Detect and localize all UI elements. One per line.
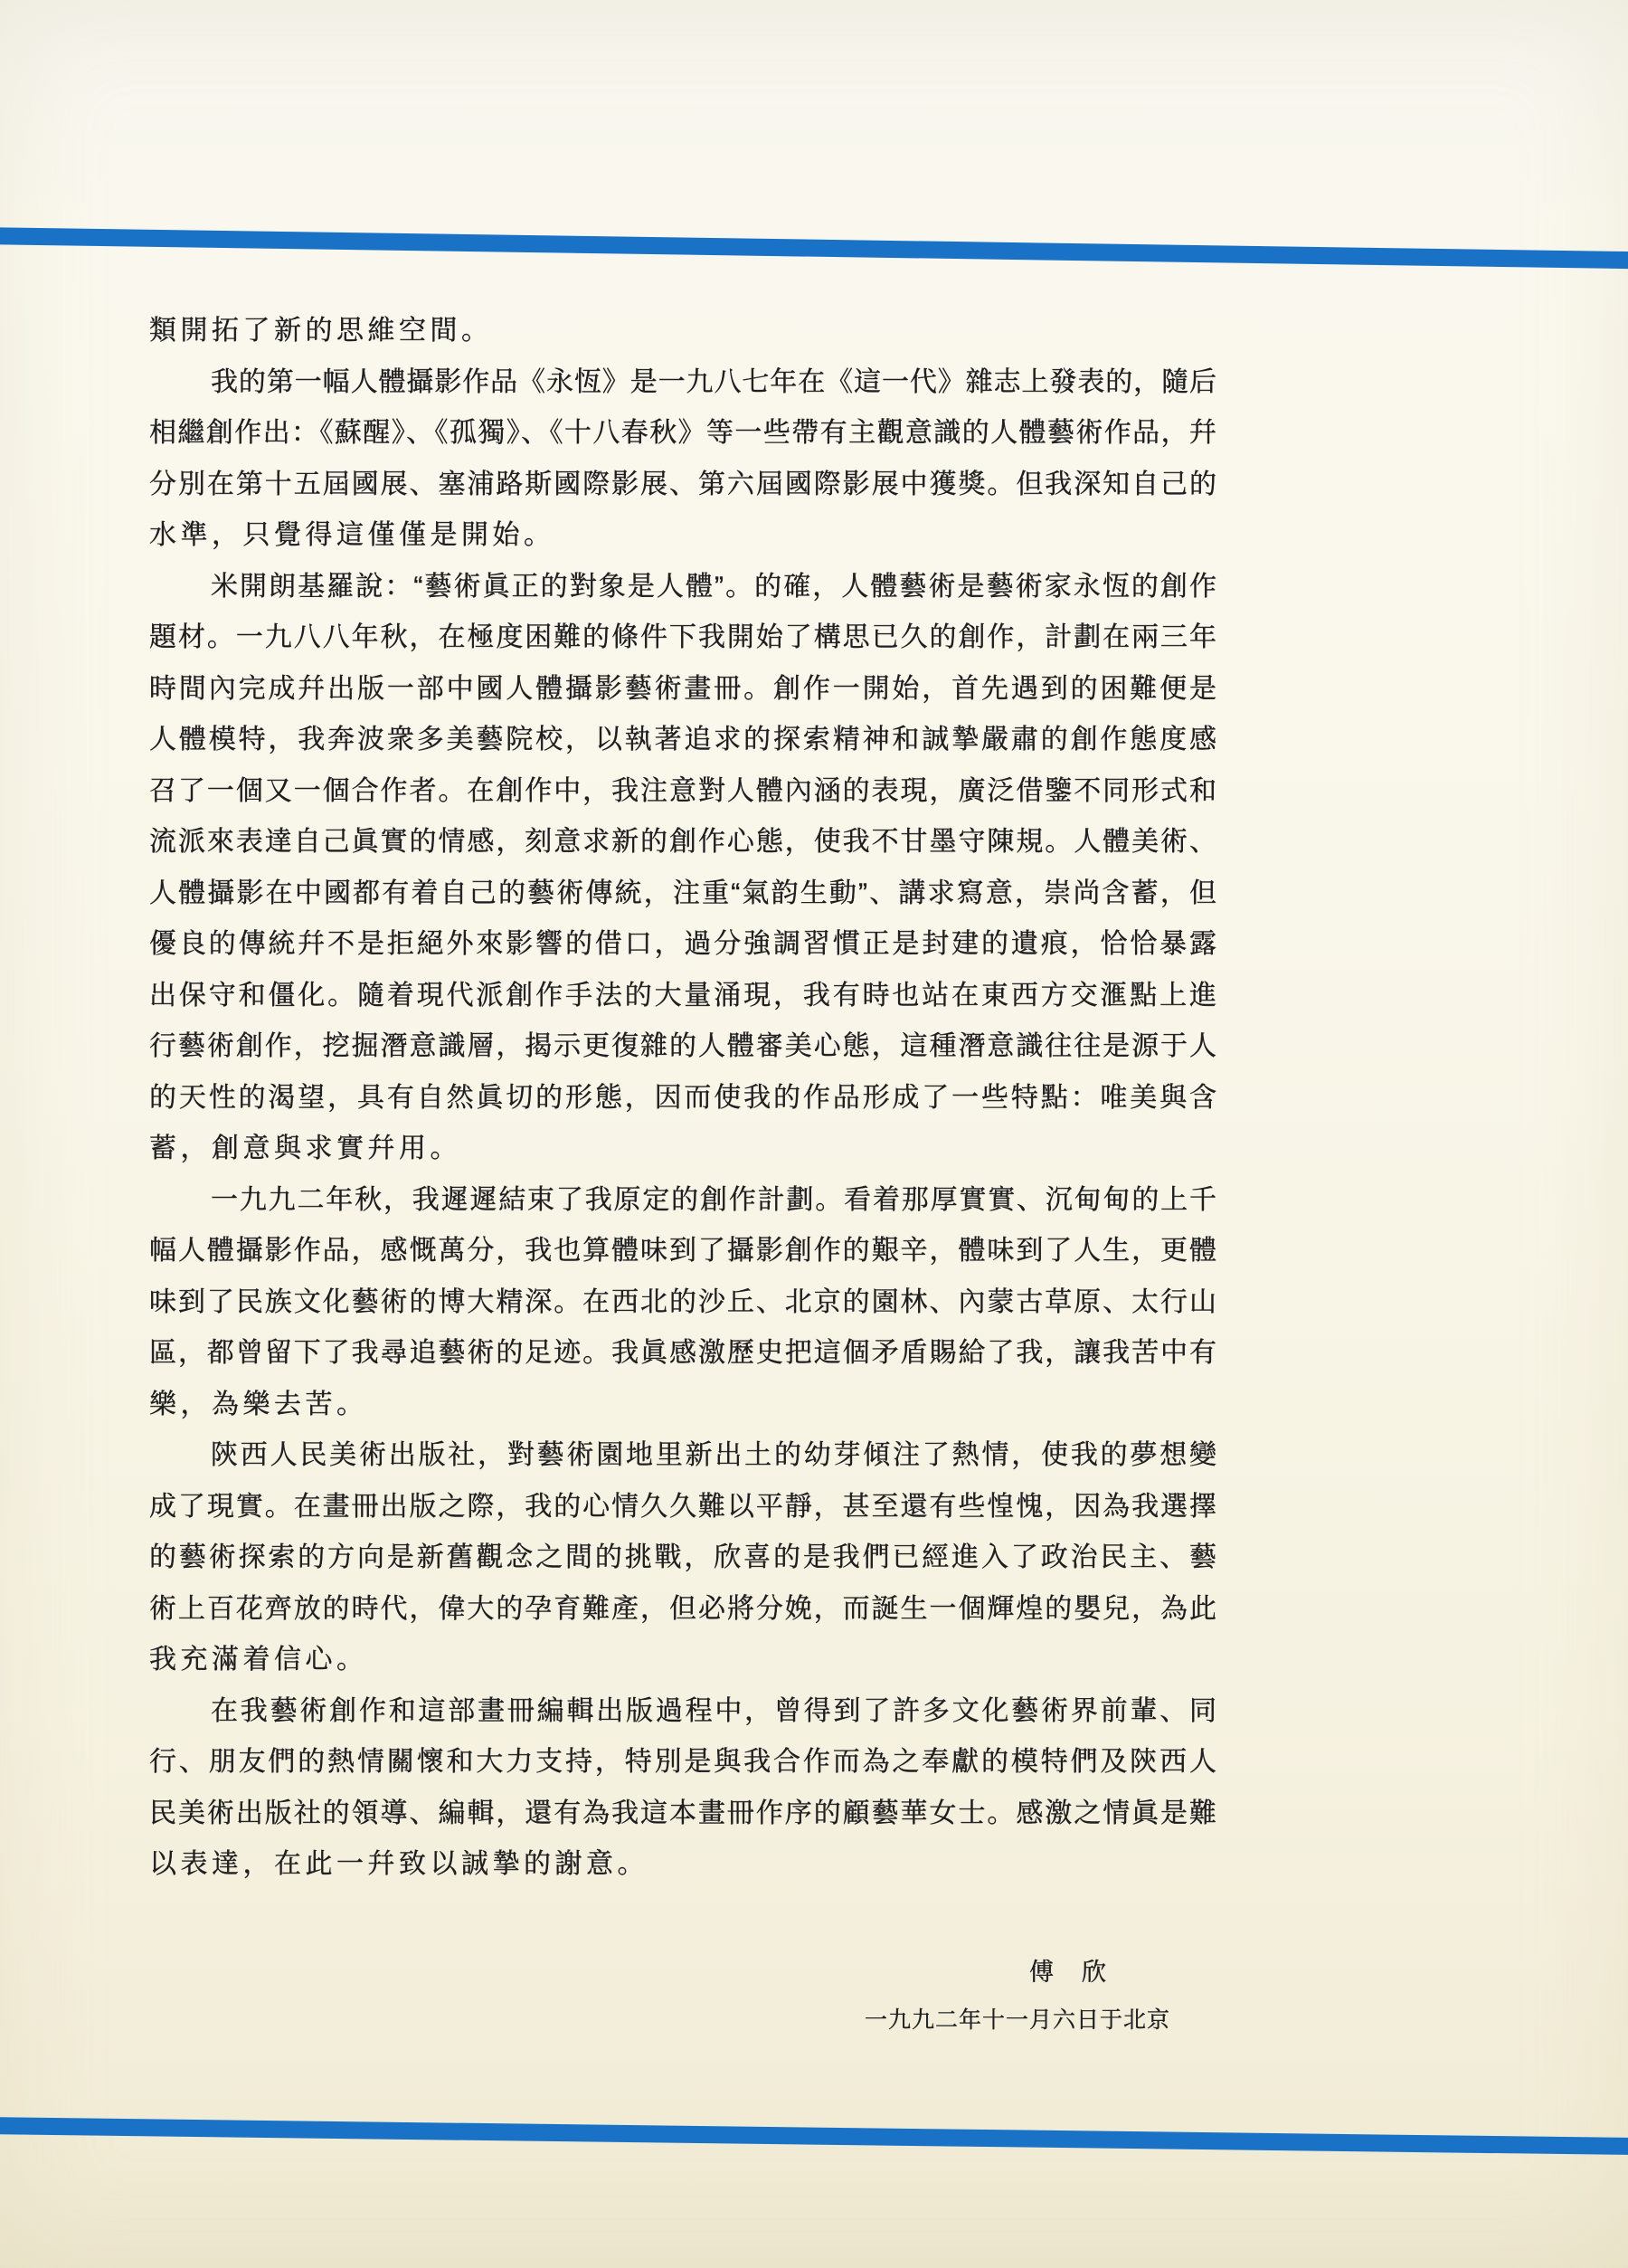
paragraph-line: 人體模特，我奔波衆多美藝院校，以執著追求的探索精神和誠摯嚴肅的創作態度感 xyxy=(149,715,1216,766)
paragraph-line: 召了一個又一個合作者。在創作中，我注意對人體內涵的表現，廣泛借鑒不同形式和 xyxy=(149,766,1216,818)
paragraph-line: 在我藝術創作和這部畫冊編輯出版過程中，曾得到了許多文化藝術界前輩、同 xyxy=(149,1686,1216,1738)
paragraph-line: 流派來表達自己眞實的情感，刻意求新的創作心態，使我不甘墨守陳規。人體美術、 xyxy=(149,817,1216,868)
signature-name: 傅 欣 xyxy=(1029,1954,1108,1990)
bottom-accent-bar xyxy=(0,2117,1628,2155)
paragraph-line: 行、朋友們的熱情關懷和大力支持，特別是與我合作而為之奉獻的模特們及陝西人 xyxy=(149,1737,1216,1789)
paragraph-line: 相繼創作出：《蘇醒》、《孤獨》、《十八春秋》等一些帶有主觀意識的人體藝術作品，幷 xyxy=(149,408,1216,460)
paragraph-line: 人體攝影在中國都有着自己的藝術傳統，注重“氣韵生動”、講求寫意，崇尚含蓄，但 xyxy=(149,868,1216,920)
paragraph-line: 優良的傳統幷不是拒絕外來影響的借口，過分強調習慣正是封建的遺痕，恰恰暴露 xyxy=(149,919,1216,971)
paragraph-line: 術上百花齊放的時代，偉大的孕育難產，但必將分娩，而誕生一個輝煌的嬰兒，為此 xyxy=(149,1584,1216,1636)
paragraph-line: 蓄，創意與求實幷用。 xyxy=(149,1124,1216,1175)
paragraph-line: 的天性的渴望，具有自然眞切的形態，因而使我的作品形成了一些特點：唯美與含 xyxy=(149,1073,1216,1125)
paragraph-line: 成了現實。在畫冊出版之際，我的心情久久難以平靜，甚至還有些惶愧，因為我選擇 xyxy=(149,1482,1216,1533)
signature-date: 一九九二年十一月六日于北京 xyxy=(865,2003,1170,2037)
afterword-text-block: 類開拓了新的思維空間。 我的第一幅人體攝影作品《永恆》是一九八七年在《這一代》雜… xyxy=(149,306,1216,1891)
top-accent-bar xyxy=(0,227,1628,270)
paragraph-line: 味到了民族文化藝術的博大精深。在西北的沙丘、北京的園林、內蒙古草原、太行山 xyxy=(149,1277,1216,1329)
paragraph-line: 一九九二年秋，我遲遲結束了我原定的創作計劃。看着那厚實實、沉甸甸的上千 xyxy=(149,1175,1216,1227)
paragraph-line: 行藝術創作，挖掘潛意識層，揭示更復雜的人體審美心態，這種潛意識往往是源于人 xyxy=(149,1021,1216,1073)
paragraph-line: 以表達，在此一幷致以誠摯的謝意。 xyxy=(149,1839,1216,1891)
paragraph-line: 時間內完成幷出版一部中國人體攝影藝術畫冊。創作一開始，首先遇到的困難便是 xyxy=(149,664,1216,716)
paragraph-line: 民美術出版社的領導、編輯，還有為我這本畫冊作序的顧藝華女士。感激之情眞是難 xyxy=(149,1789,1216,1840)
paragraph-line: 我的第一幅人體攝影作品《永恆》是一九八七年在《這一代》雜志上發表的，隨后 xyxy=(149,357,1216,409)
paragraph-line: 水準，只覺得這僅僅是開始。 xyxy=(149,510,1216,562)
paragraph-line: 分別在第十五屆國展、塞浦路斯國際影展、第六屆國際影展中獲獎。但我深知自己的 xyxy=(149,460,1216,511)
paragraph-line: 類開拓了新的思維空間。 xyxy=(149,306,1216,357)
paragraph-line: 樂，為樂去苦。 xyxy=(149,1380,1216,1431)
paragraph-line: 題材。一九八八年秋，在極度困難的條件下我開始了構思已久的創作，計劃在兩三年 xyxy=(149,612,1216,664)
scanned-book-page: 類開拓了新的思維空間。 我的第一幅人體攝影作品《永恆》是一九八七年在《這一代》雜… xyxy=(0,0,1628,2268)
paragraph-line: 米開朗基羅說：“藝術眞正的對象是人體”。的確，人體藝術是藝術家永恆的創作 xyxy=(149,562,1216,613)
paragraph-line: 陝西人民美術出版社，對藝術園地里新出土的幼芽傾注了熱情，使我的夢想變 xyxy=(149,1430,1216,1482)
paragraph-line: 區，都曾留下了我尋追藝術的足迹。我眞感激歷史把這個矛盾賜給了我，讓我苦中有 xyxy=(149,1328,1216,1380)
paragraph-line: 幅人體攝影作品，感慨萬分，我也算體味到了攝影創作的艱辛，體味到了人生，更體 xyxy=(149,1226,1216,1277)
paragraph-line: 出保守和僵化。隨着現代派創作手法的大量涌現，我有時也站在東西方交滙點上進 xyxy=(149,971,1216,1022)
paragraph-line: 我充滿着信心。 xyxy=(149,1635,1216,1686)
paragraph-line: 的藝術探索的方向是新舊觀念之間的挑戰，欣喜的是我們已經進入了政治民主、藝 xyxy=(149,1533,1216,1584)
